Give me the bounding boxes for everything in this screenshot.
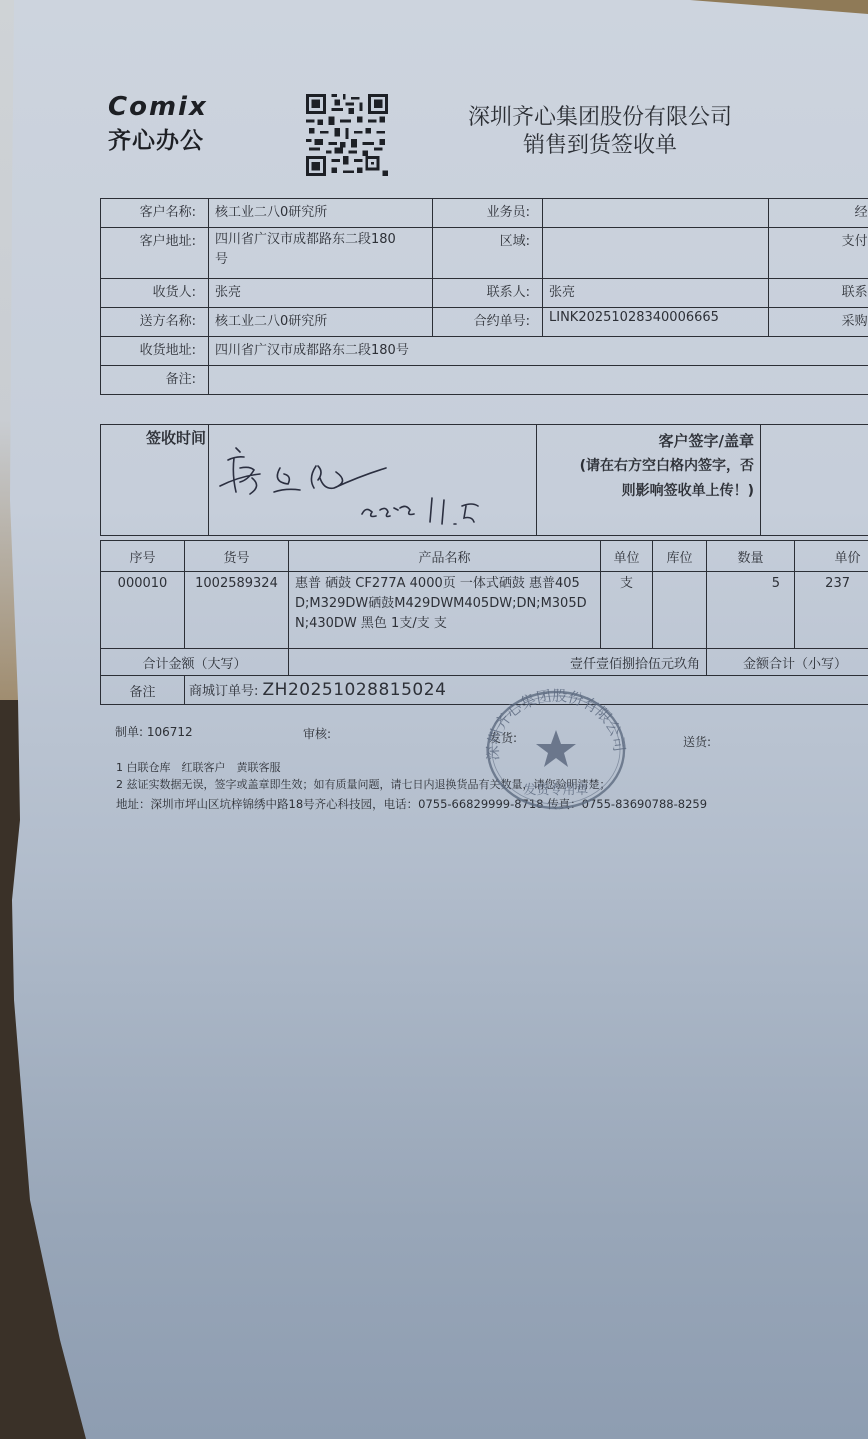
col-header-seq: 序号 <box>101 541 185 572</box>
total-lower-label: 金额合计（小写） <box>707 649 868 676</box>
col-header-quantity: 数量 <box>707 541 795 572</box>
delivery-address-label: 收货地址: <box>101 337 209 366</box>
col-header-unit: 单位 <box>601 541 653 572</box>
deliver-label: 送货: <box>683 733 711 750</box>
total-upper-label: 合计金额（大写） <box>101 649 289 676</box>
qr-code-icon <box>304 94 390 176</box>
brand-logo-cn: 齐心办公 <box>108 122 204 155</box>
customer-sign-instructions: 客户签字/盖章 (请在右方空白格内签字，否 则影响签收单上传！) <box>537 425 761 536</box>
copy-distribution-note: 1 白联仓库 红联客户 黄联客服 <box>116 759 281 775</box>
svg-text:发货专用章: 发货专用章 <box>523 782 588 798</box>
item-quantity: 5 <box>707 572 795 649</box>
col-header-sku: 货号 <box>185 541 289 572</box>
phone-label: 联系电话: <box>769 279 868 308</box>
customer-name-label: 客户名称: <box>101 199 209 228</box>
customer-info-table: 客户名称: 核工业二八0研究所 业务员: 经办人: 客户地址: 四川省广汉市成都… <box>100 198 868 395</box>
contact-label: 联系人: <box>433 279 543 308</box>
remark-value <box>209 366 868 395</box>
items-table: 序号 货号 产品名称 单位 库位 数量 单价 000010 1002589324… <box>100 540 868 705</box>
items-remark-label: 备注 <box>101 676 185 705</box>
mall-order-number: ZH20251028815024 <box>263 680 447 700</box>
company-seal-stamp: 深圳齐心集团股份有限公司 发货专用章 <box>482 686 630 814</box>
total-upper-value: 壹仟壹佰捌拾伍元玖角 <box>289 649 707 676</box>
col-header-location: 库位 <box>653 541 707 572</box>
col-header-unit-price: 单价 <box>795 541 868 572</box>
item-location <box>653 572 707 649</box>
review-label: 审核: <box>303 725 331 742</box>
payment-label: 支付方式: <box>769 228 868 279</box>
region-value <box>543 228 769 279</box>
company-name: 深圳齐心集团股份有限公司 <box>440 100 760 131</box>
contract-value: LINK20251028340006665 <box>543 308 769 337</box>
delivery-address-value: 四川省广汉市成都路东二段180号 <box>209 337 868 366</box>
customer-signature-box[interactable] <box>761 425 868 536</box>
brand-logo-en: Comix <box>108 92 208 122</box>
salesman-value <box>543 199 769 228</box>
customer-address-label: 客户地址: <box>101 228 209 279</box>
salesman-label: 业务员: <box>433 199 543 228</box>
table-row: 000010 1002589324 惠普 硒鼓 CF277A 4000页 一体式… <box>101 572 868 649</box>
sign-time-label: 签收时间 <box>101 425 209 536</box>
sender-label: 送方名称: <box>101 308 209 337</box>
handler-label: 经办人: <box>769 199 868 228</box>
document-title: 销售到货签收单 <box>440 128 760 159</box>
item-unit: 支 <box>601 572 653 649</box>
customer-name-value: 核工业二八0研究所 <box>209 199 433 228</box>
receiver-label: 收货人: <box>101 279 209 308</box>
customer-sign-label: 客户签字/盖章 <box>543 429 754 454</box>
total-row: 合计金额（大写） 壹仟壹佰捌拾伍元玖角 金额合计（小写） <box>101 649 868 676</box>
purchase-label: 采购单号: <box>769 308 868 337</box>
item-sku: 1002589324 <box>185 572 289 649</box>
star-icon <box>536 730 576 767</box>
customer-address-value: 四川省广汉市成都路东二段180号 <box>209 228 433 279</box>
region-label: 区域: <box>433 228 543 279</box>
item-unit-price: 237 <box>795 572 868 649</box>
sender-value: 核工业二八0研究所 <box>209 308 433 337</box>
mall-order-label: 商城订单号: <box>189 684 258 699</box>
receiver-value: 张亮 <box>209 279 433 308</box>
col-header-product-name: 产品名称 <box>289 541 601 572</box>
handwritten-signature <box>210 430 530 526</box>
delivery-receipt-paper: Comix 齐心办公 深圳齐心集团股份有限公司 销售到货签收单 客户名称: <box>0 0 868 1439</box>
items-table-header: 序号 货号 产品名称 单位 库位 数量 单价 <box>101 541 868 572</box>
maker-field: 制单: 106712 <box>115 723 193 740</box>
instruction-line-2: 则影响签收单上传！) <box>543 479 754 504</box>
item-product-name: 惠普 硒鼓 CF277A 4000页 一体式硒鼓 惠普405D;M329DW硒鼓… <box>289 572 601 649</box>
contact-value: 张亮 <box>543 279 769 308</box>
instruction-line-1: (请在右方空白格内签字，否 <box>543 454 754 479</box>
maker-label: 制单: <box>115 725 143 739</box>
maker-value: 106712 <box>147 725 193 739</box>
contract-label: 合约单号: <box>433 308 543 337</box>
remark-label: 备注: <box>101 366 209 395</box>
item-seq: 000010 <box>101 572 185 649</box>
